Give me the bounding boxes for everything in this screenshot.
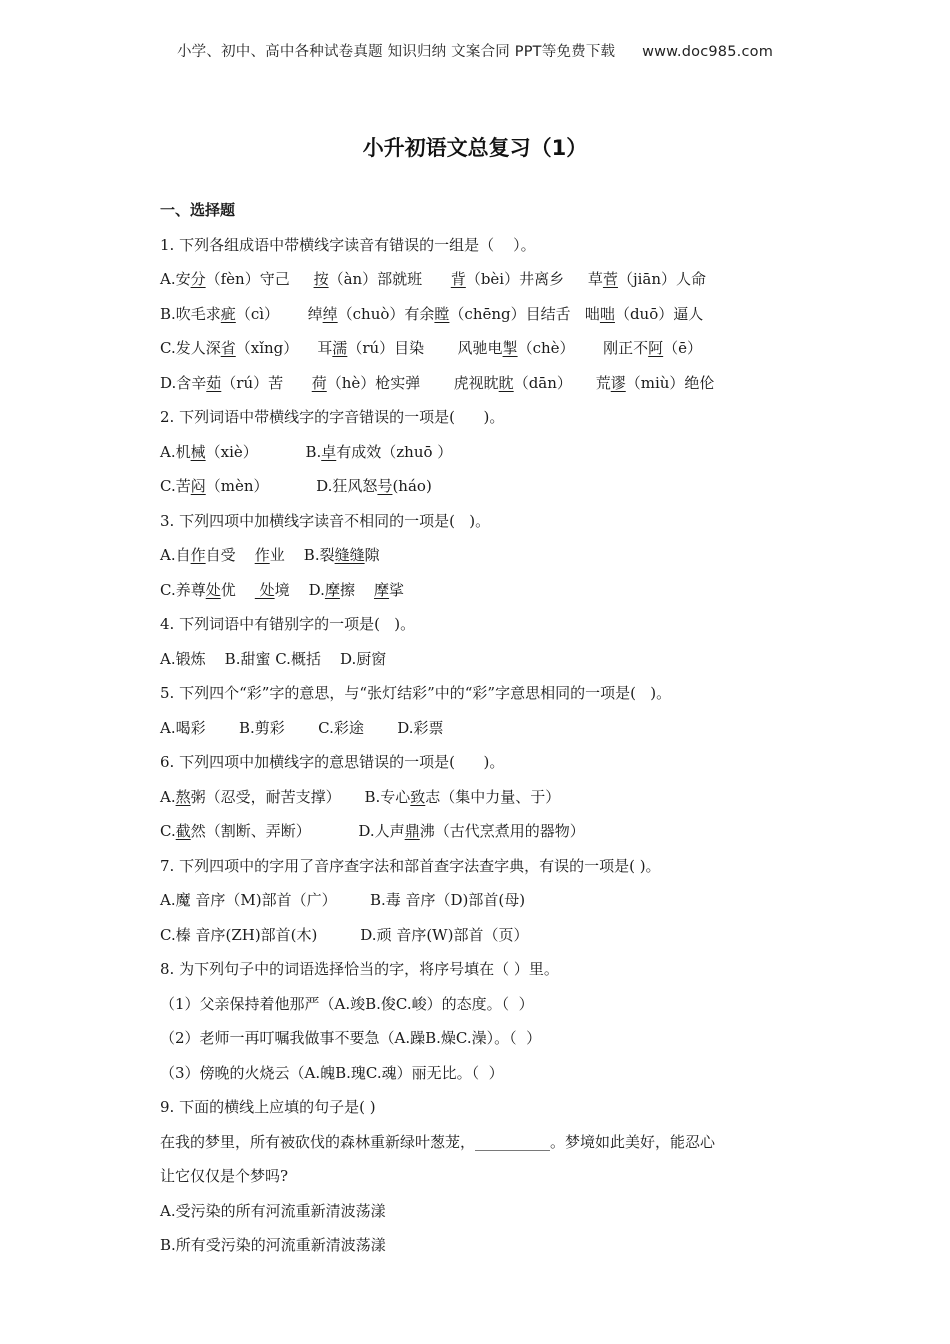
underlined-char: 掣 xyxy=(503,339,518,357)
text-segment: （àn）部就班 xyxy=(329,270,451,288)
header-site-link[interactable]: www.doc985.com xyxy=(642,44,773,60)
text-segment: A.安 xyxy=(160,270,191,288)
text-segment: （mèn） D.狂风怒 xyxy=(206,477,378,495)
page-header: 小学、初中、高中各种试卷真题 知识归纳 文案合同 PPT等免费下载 www.do… xyxy=(0,40,950,61)
text-line: 9. 下面的横线上应填的句子是( ) xyxy=(160,1094,800,1129)
underlined-char: 瞠 xyxy=(434,305,449,323)
text-segment: 8. 为下列句子中的词语选择恰当的字，将序号填在（ ）里。 xyxy=(160,960,559,978)
text-line: C.截然（割断、弄断） D.人声鼎沸（古代烹煮用的器物） xyxy=(160,818,800,853)
text-segment: （xiè） B. xyxy=(206,443,322,461)
text-segment: 有成效（zhuō ） xyxy=(336,443,452,461)
underlined-char: 卓 xyxy=(321,443,336,461)
text-line: A.安分（fèn）守己 按（àn）部就班 背（bèi）井离乡 草菅（jiān）人… xyxy=(160,266,800,301)
text-segment: 擦 xyxy=(340,581,374,599)
text-segment: A.受污染的所有河流重新清波荡漾 xyxy=(160,1202,386,1220)
underlined-char: 菅 xyxy=(603,270,618,288)
text-line: 8. 为下列句子中的词语选择恰当的字，将序号填在（ ）里。 xyxy=(160,956,800,991)
text-line: 7. 下列四项中的字用了音序查字法和部首查字法查字典，有误的一项是( )。 xyxy=(160,853,800,888)
underlined-char: 处 xyxy=(255,581,275,599)
underlined-char: 鼎 xyxy=(405,822,420,840)
underlined-char: 闷 xyxy=(191,477,206,495)
text-segment: 6. 下列四项中加横线字的意思错误的一项是( )。 xyxy=(160,753,504,771)
text-segment: 志（集中力量、于） xyxy=(425,788,560,806)
text-line: A.机械（xiè） B.卓有成效（zhuō ） xyxy=(160,439,800,474)
underlined-char: 阿 xyxy=(648,339,663,357)
text-segment: （chuò）有余 xyxy=(338,305,435,323)
underlined-char: 眈 xyxy=(499,374,514,392)
underlined-char: 截 xyxy=(176,822,191,840)
underlined-char: 背 xyxy=(451,270,466,288)
text-segment: 挲 xyxy=(389,581,404,599)
underlined-char: 作 xyxy=(191,546,206,564)
text-line: 1. 下列各组成语中带横线字读音有错误的一组是（ ）。 xyxy=(160,232,800,267)
document-body: 一、选择题 1. 下列各组成语中带横线字读音有错误的一组是（ ）。A.安分（fè… xyxy=(160,197,800,1267)
text-line: D.含辛茹（rú）苦 荷（hè）枪实弹 虎视眈眈（dān） 荒谬（miù）绝伦 xyxy=(160,370,800,405)
underlined-char: 致 xyxy=(410,788,425,806)
text-segment: A.自 xyxy=(160,546,191,564)
text-segment: 5. 下列四个“彩”字的意思，与“张灯结彩”中的“彩”字意思相同的一项是( )。 xyxy=(160,684,671,702)
underlined-char: 濡 xyxy=(332,339,347,357)
text-segment: （rú）苦 xyxy=(221,374,311,392)
text-segment: 然（割断、弄断） D.人声 xyxy=(191,822,405,840)
underlined-char: 械 xyxy=(191,443,206,461)
text-line: 3. 下列四项中加横线字读音不相同的一项是( )。 xyxy=(160,508,800,543)
text-line: 在我的梦里，所有被砍伐的森林重新绿叶葱茏，__________。梦境如此美好，能… xyxy=(160,1129,800,1164)
text-segment: （ē） xyxy=(663,339,702,357)
text-line: （1）父亲保持着他那严（A.竣B.俊C.峻）的态度。（ ） xyxy=(160,991,800,1026)
text-segment: 业 B.裂 xyxy=(270,546,335,564)
text-segment: （1）父亲保持着他那严（A.竣B.俊C.峻）的态度。（ ） xyxy=(160,995,534,1013)
text-segment: （2）老师一再叮嘱我做事不要急（A.躁B.燥C.澡）。（ ） xyxy=(160,1029,541,1047)
text-segment: （bèi）井离乡 草 xyxy=(466,270,603,288)
text-segment: C.榛 音序(ZH)部首(木) D.顽 音序(W)部首（页） xyxy=(160,926,528,944)
underlined-char: 缝缝 xyxy=(335,546,365,564)
text-segment: D.含辛 xyxy=(160,374,206,392)
underlined-char: 疵 xyxy=(221,305,236,323)
text-segment: 7. 下列四项中的字用了音序查字法和部首查字法查字典，有误的一项是( )。 xyxy=(160,857,661,875)
underlined-char: 荷 xyxy=(312,374,327,392)
underlined-char: 摩 xyxy=(325,581,340,599)
text-line: （3）傍晚的火烧云（A.魄B.瑰C.魂）丽无比。（ ） xyxy=(160,1060,800,1095)
text-segment: (háo) xyxy=(392,477,431,495)
header-slogan: 小学、初中、高中各种试卷真题 知识归纳 文案合同 PPT等免费下载 xyxy=(177,44,615,60)
underlined-char: 处 xyxy=(206,581,221,599)
text-segment: 1. 下列各组成语中带横线字读音有错误的一组是（ ）。 xyxy=(160,236,536,254)
underlined-char: 按 xyxy=(314,270,329,288)
text-segment: 9. 下面的横线上应填的句子是( ) xyxy=(160,1098,376,1116)
underlined-char: 谬 xyxy=(611,374,626,392)
text-segment: 3. 下列四项中加横线字读音不相同的一项是( )。 xyxy=(160,512,490,530)
underlined-char: 摩 xyxy=(374,581,389,599)
text-segment: A. xyxy=(160,788,176,806)
text-line: A.受污染的所有河流重新清波荡漾 xyxy=(160,1198,800,1233)
underlined-char: 咄 xyxy=(600,305,615,323)
text-segment: （3）傍晚的火烧云（A.魄B.瑰C.魂）丽无比。（ ） xyxy=(160,1064,504,1082)
text-segment: 让它仅仅是个梦吗? xyxy=(160,1167,288,1185)
text-segment: B.所有受污染的河流重新清波荡漾 xyxy=(160,1236,386,1254)
text-segment: 沸（古代烹煮用的器物） xyxy=(420,822,585,840)
text-line: 6. 下列四项中加横线字的意思错误的一项是( )。 xyxy=(160,749,800,784)
underlined-char: 熬 xyxy=(176,788,191,806)
text-segment: A.魔 音序（M)部首（广） B.毒 音序（D)部首(母) xyxy=(160,891,525,909)
text-segment: 在我的梦里，所有被砍伐的森林重新绿叶葱茏，__________。梦境如此美好，能… xyxy=(160,1133,715,1151)
text-segment: （fèn）守己 xyxy=(206,270,314,288)
text-line: C.发人深省（xǐng） 耳濡（rú）目染 风驰电掣（chè） 刚正不阿（ē） xyxy=(160,335,800,370)
text-segment: C.发人深 xyxy=(160,339,221,357)
text-segment: （jiān）人命 xyxy=(618,270,706,288)
underlined-char: 分 xyxy=(191,270,206,288)
text-segment: （miù）绝伦 xyxy=(626,374,715,392)
underlined-char: 作 xyxy=(255,546,270,564)
text-segment: （rú）目染 风驰电 xyxy=(347,339,502,357)
text-segment: 境 D. xyxy=(275,581,325,599)
text-line: A.锻炼 B.甜蜜 C.概括 D.厨窗 xyxy=(160,646,800,681)
text-segment: 2. 下列词语中带横线字的字音错误的一项是( )。 xyxy=(160,408,504,426)
text-line: （2）老师一再叮嘱我做事不要急（A.躁B.燥C.澡）。（ ） xyxy=(160,1025,800,1060)
text-line: A.熬粥（忍受，耐苦支撑） B.专心致志（集中力量、于） xyxy=(160,784,800,819)
underlined-char: 号 xyxy=(377,477,392,495)
text-line: A.魔 音序（M)部首（广） B.毒 音序（D)部首(母) xyxy=(160,887,800,922)
text-line: A.自作自受 作业 B.裂缝缝隙 xyxy=(160,542,800,577)
text-segment: 隙 xyxy=(365,546,380,564)
text-line: C.榛 音序(ZH)部首(木) D.顽 音序(W)部首（页） xyxy=(160,922,800,957)
text-segment: 粥（忍受，耐苦支撑） B.专心 xyxy=(191,788,411,806)
text-line: 让它仅仅是个梦吗? xyxy=(160,1163,800,1198)
text-segment: （cì） 绰 xyxy=(236,305,323,323)
text-segment: （dān） 荒 xyxy=(514,374,611,392)
text-segment: C.养尊 xyxy=(160,581,206,599)
text-line: B.吹毛求疵（cì） 绰绰（chuò）有余瞠（chēng）目结舌 咄咄（duō）… xyxy=(160,301,800,336)
text-segment: 自受 xyxy=(206,546,255,564)
underlined-char: 省 xyxy=(221,339,236,357)
text-segment: （chè） 刚正不 xyxy=(518,339,649,357)
text-segment: C.苦 xyxy=(160,477,191,495)
text-line: C.养尊处优 处境 D.摩擦 摩挲 xyxy=(160,577,800,612)
text-segment: A.锻炼 B.甜蜜 C.概括 D.厨窗 xyxy=(160,650,386,668)
text-segment: （duō）逼人 xyxy=(615,305,703,323)
text-segment: A.喝彩 B.剪彩 C.彩途 D.彩票 xyxy=(160,719,444,737)
underlined-char: 茹 xyxy=(206,374,221,392)
text-line: C.苦闷（mèn） D.狂风怒号(háo) xyxy=(160,473,800,508)
text-segment: 4. 下列词语中有错别字的一项是( )。 xyxy=(160,615,415,633)
section-heading: 一、选择题 xyxy=(160,197,800,232)
text-segment: C. xyxy=(160,822,176,840)
text-line: 2. 下列词语中带横线字的字音错误的一项是( )。 xyxy=(160,404,800,439)
text-segment: A.机 xyxy=(160,443,191,461)
question-list: 1. 下列各组成语中带横线字读音有错误的一组是（ ）。A.安分（fèn）守己 按… xyxy=(160,232,800,1267)
underlined-char: 绰 xyxy=(323,305,338,323)
text-segment: （xǐng） 耳 xyxy=(236,339,333,357)
text-line: 4. 下列词语中有错别字的一项是( )。 xyxy=(160,611,800,646)
text-segment: （hè）枪实弹 虎视眈 xyxy=(327,374,499,392)
text-segment: （chēng）目结舌 咄 xyxy=(449,305,600,323)
text-line: 5. 下列四个“彩”字的意思，与“张灯结彩”中的“彩”字意思相同的一项是( )。 xyxy=(160,680,800,715)
document-title: 小升初语文总复习（1） xyxy=(0,132,950,162)
text-segment: B.吹毛求 xyxy=(160,305,221,323)
text-segment: 优 xyxy=(221,581,255,599)
text-line: A.喝彩 B.剪彩 C.彩途 D.彩票 xyxy=(160,715,800,750)
text-line: B.所有受污染的河流重新清波荡漾 xyxy=(160,1232,800,1267)
